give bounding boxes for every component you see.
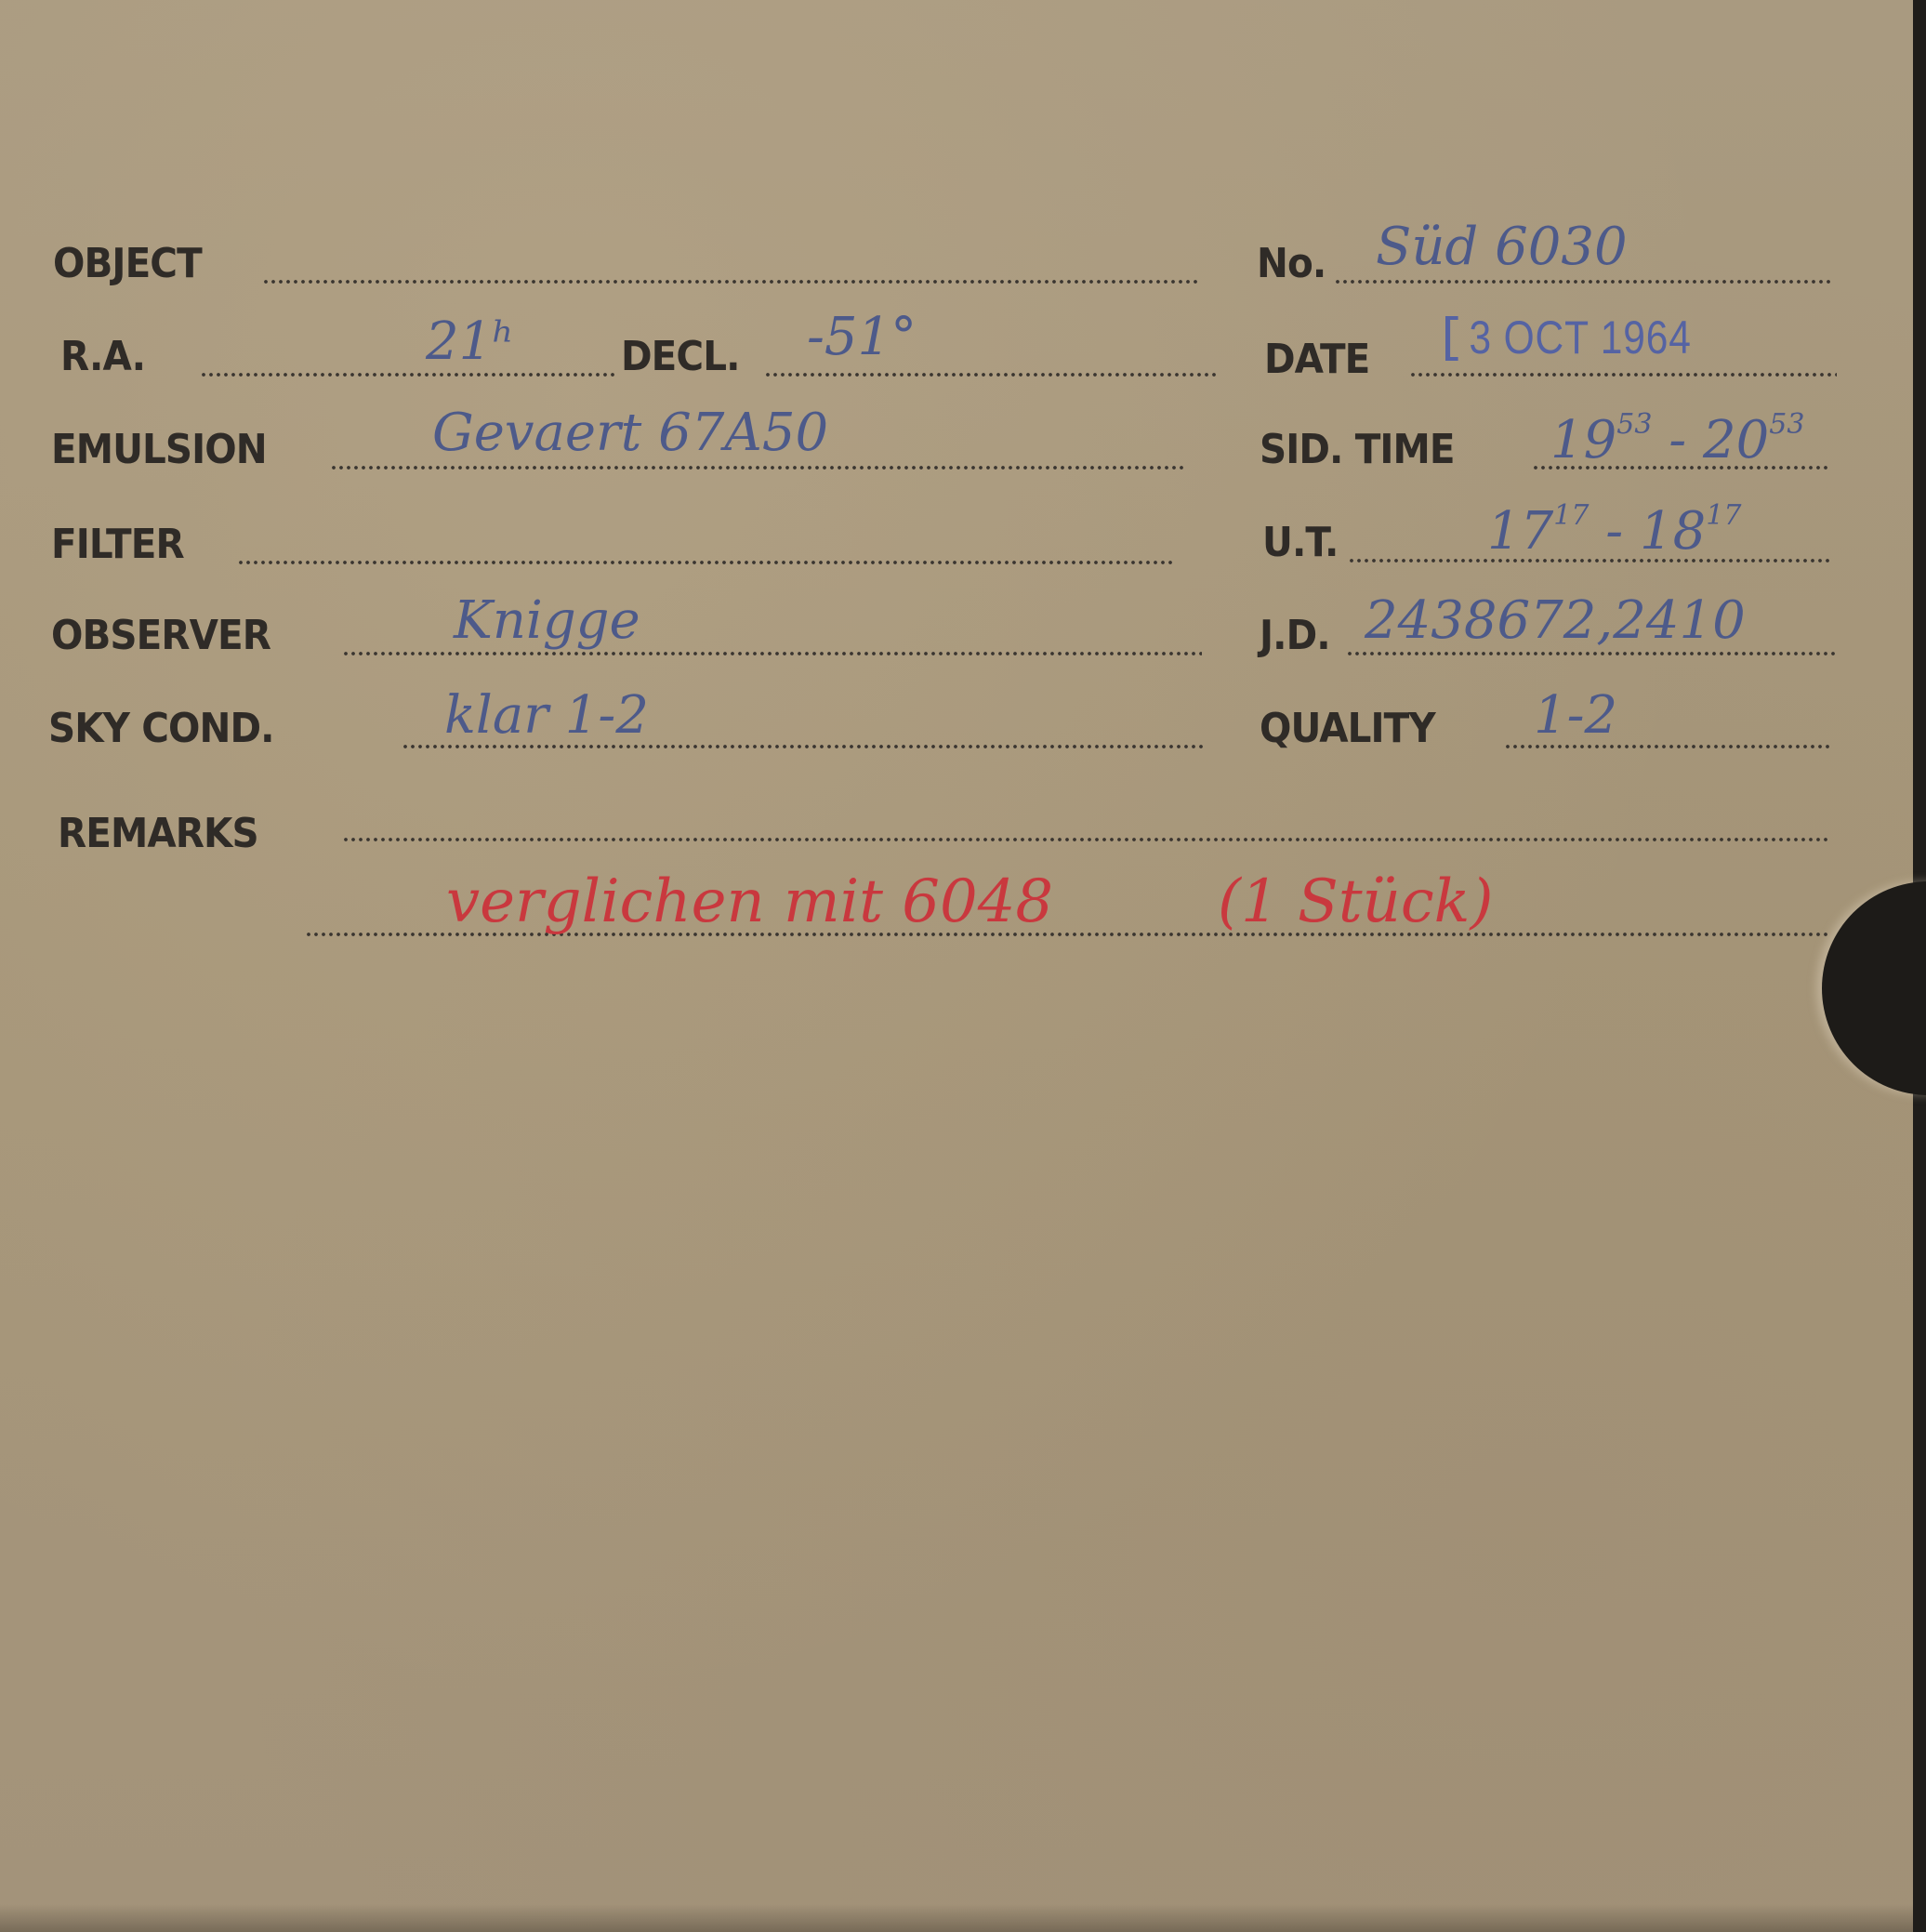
remarks-label: REMARKS xyxy=(58,814,258,854)
emulsion-label: EMULSION xyxy=(51,430,267,470)
sky-cond-label: SKY COND. xyxy=(48,708,274,749)
emulsion-value: Gevaert 67A50 xyxy=(432,407,828,459)
remarks-value: verglichen mit 6048 xyxy=(446,872,1053,932)
number-label: No. xyxy=(1257,244,1326,285)
remarks-note: (1 Stück) xyxy=(1218,872,1493,932)
ra-label: R.A. xyxy=(60,337,145,377)
quality-value: 1-2 xyxy=(1534,690,1617,742)
ra-field-line[interactable] xyxy=(200,372,618,377)
decl-value: -51° xyxy=(807,311,917,364)
quality-label: QUALITY xyxy=(1260,708,1435,749)
bottom-edge-shadow xyxy=(0,1904,1913,1932)
remarks-field-line-1[interactable] xyxy=(342,837,1829,842)
observer-label: OBSERVER xyxy=(51,615,270,656)
date-field-line[interactable] xyxy=(1409,372,1837,377)
decl-label: DECL. xyxy=(621,337,740,377)
date-label: DATE xyxy=(1264,339,1369,380)
sid-time-label: SID. TIME xyxy=(1260,430,1455,470)
number-value: Süd 6030 xyxy=(1376,221,1628,273)
date-stamp: 3 OCT 1964 xyxy=(1445,314,1692,361)
date-value: 3 OCT 1964 xyxy=(1470,311,1692,364)
ut-label: U.T. xyxy=(1262,523,1338,563)
jd-value: 2438672,2410 xyxy=(1365,595,1746,647)
observer-value: Knigge xyxy=(454,595,640,647)
filter-field-line[interactable] xyxy=(237,560,1176,565)
jd-field-line[interactable] xyxy=(1346,651,1837,656)
emulsion-field-line[interactable] xyxy=(330,465,1185,470)
observer-field-line[interactable] xyxy=(342,651,1202,656)
ut-value: 1717 - 1817 xyxy=(1487,502,1741,558)
decl-field-line[interactable] xyxy=(764,372,1218,377)
object-field-line[interactable] xyxy=(262,279,1201,285)
sid-time-value: 1953 - 2053 xyxy=(1550,411,1804,467)
ra-value: 21ʰ xyxy=(426,316,514,368)
filter-label: FILTER xyxy=(51,524,184,565)
sky-cond-value: klar 1-2 xyxy=(444,690,649,742)
plate-envelope-card xyxy=(0,0,1913,1932)
jd-label: J.D. xyxy=(1260,615,1330,656)
stamp-bracket-icon xyxy=(1445,316,1458,361)
number-field-line[interactable] xyxy=(1334,279,1831,285)
object-label: OBJECT xyxy=(53,244,202,285)
